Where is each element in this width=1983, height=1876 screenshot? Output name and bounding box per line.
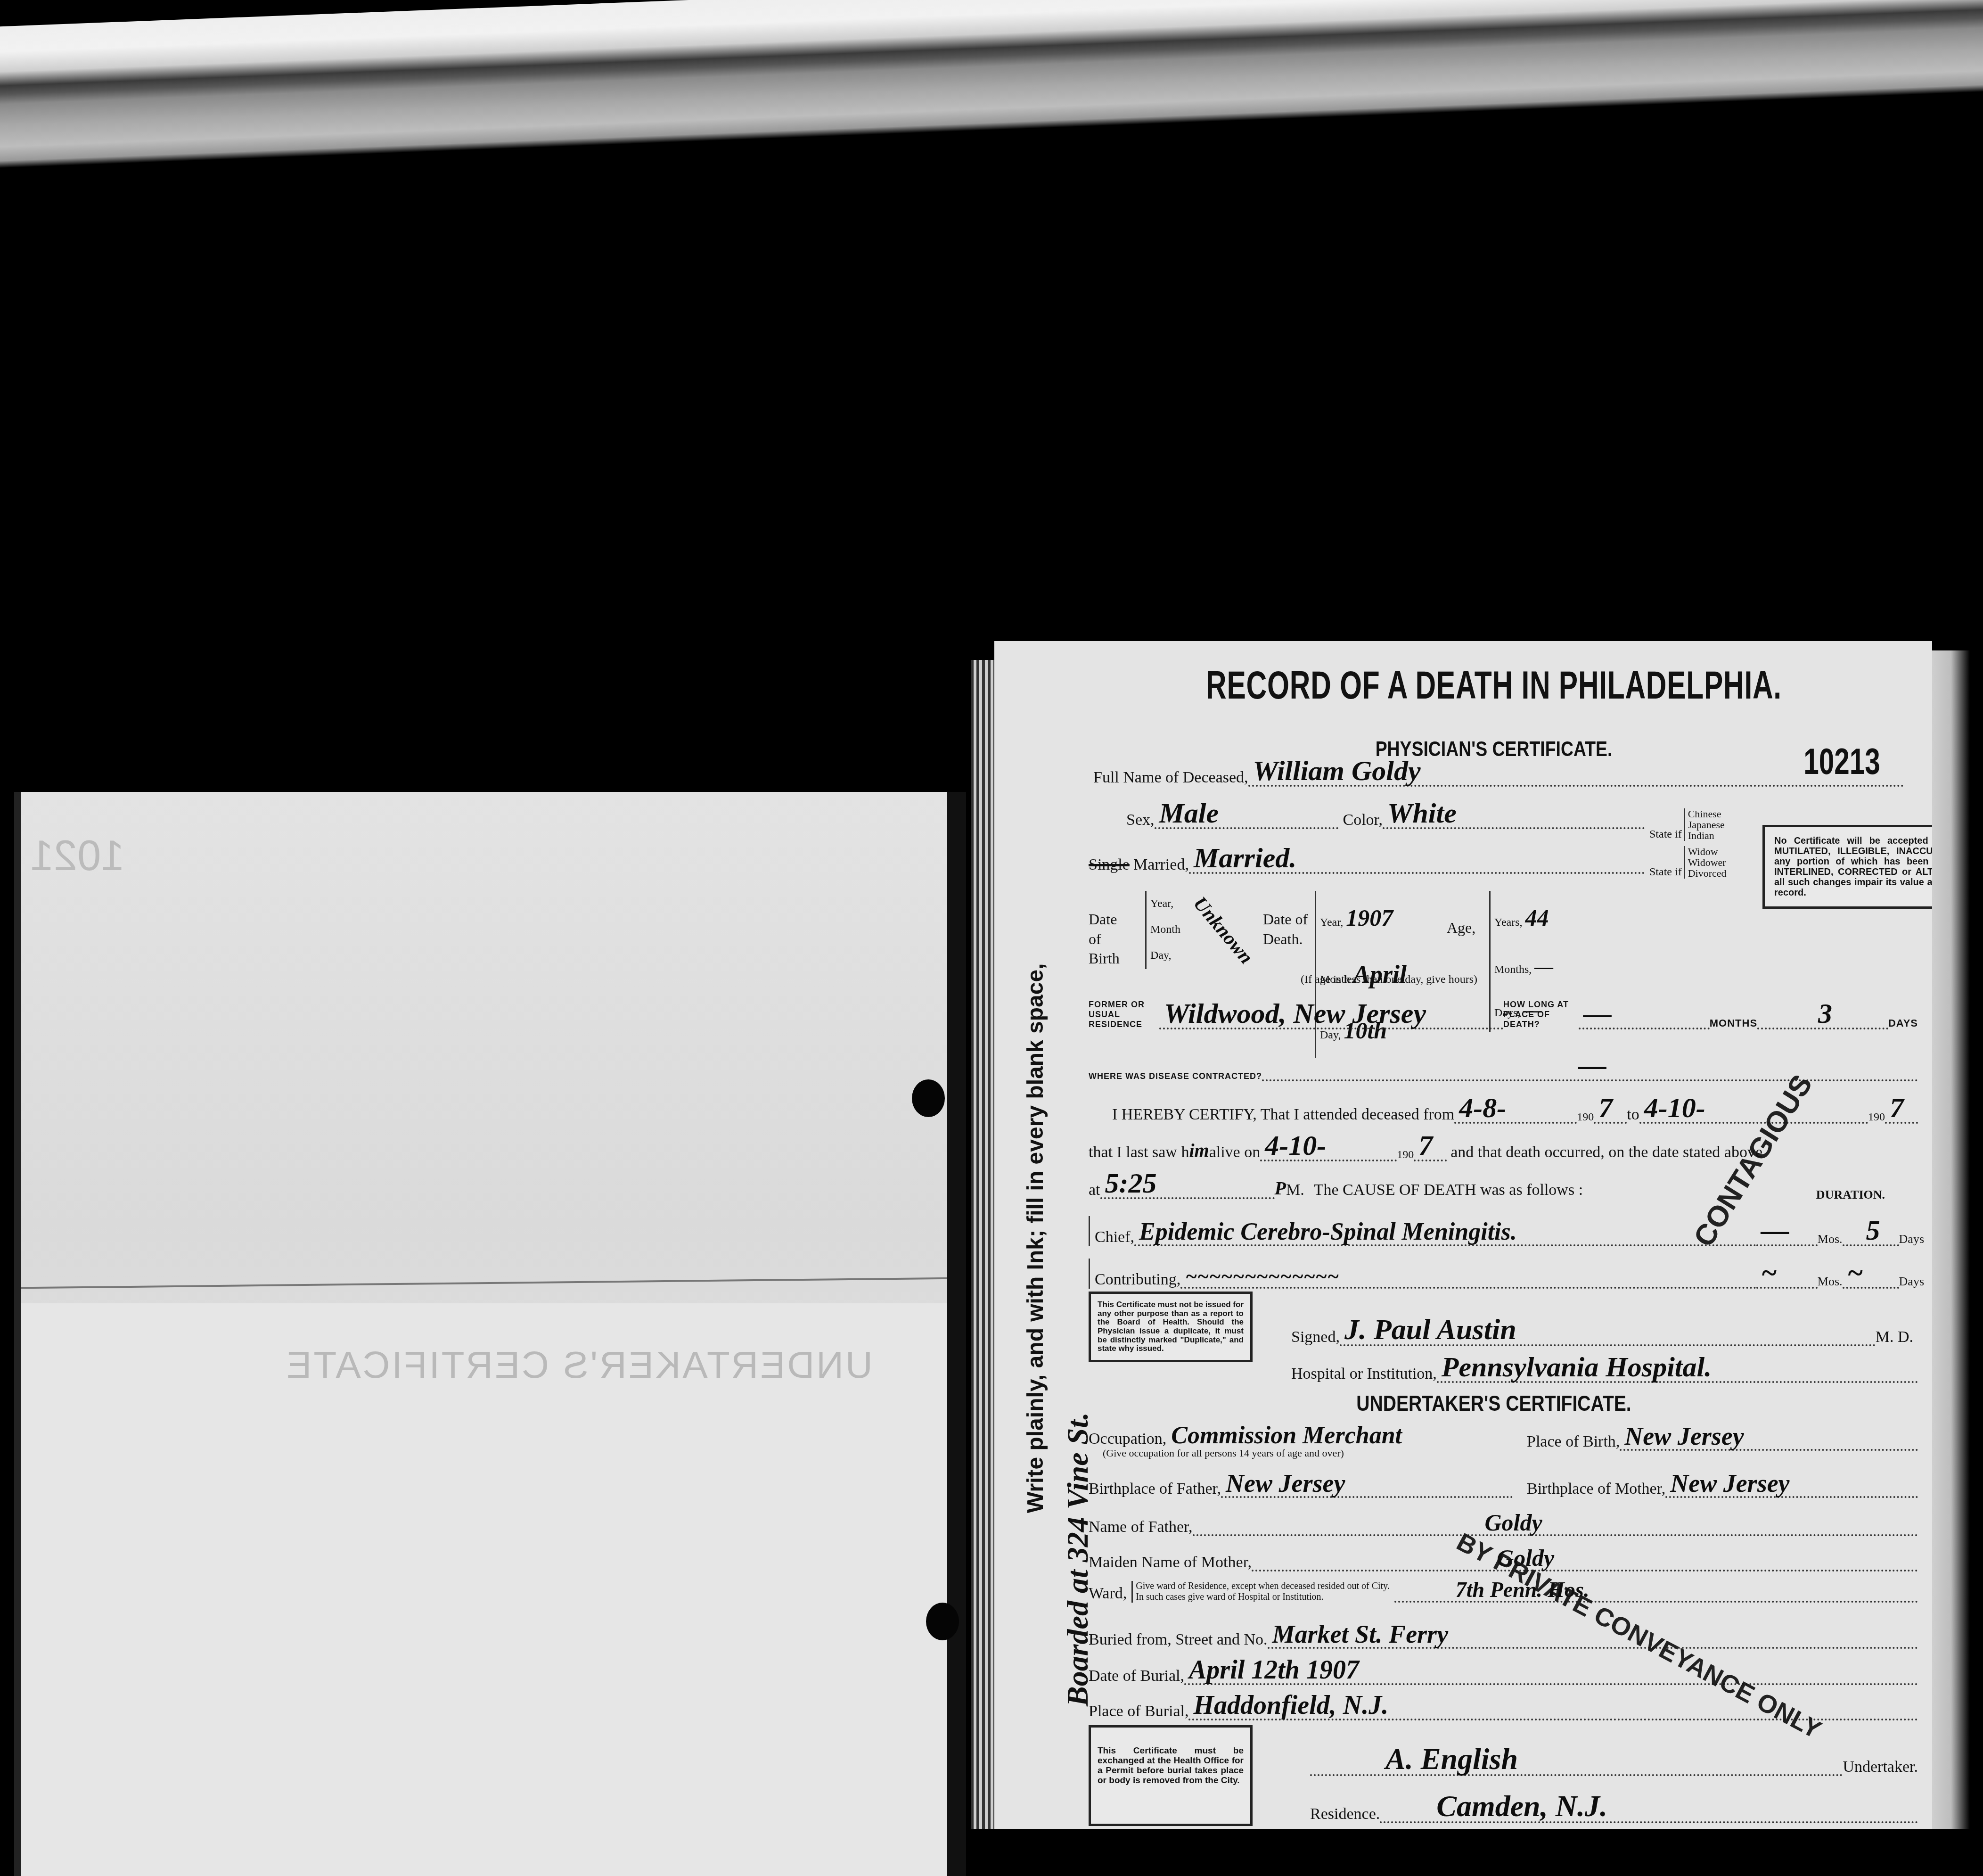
attended-to-year: 7	[1885, 1094, 1918, 1124]
time-of-death: 5:25	[1100, 1169, 1275, 1199]
birth-date-value: Unknown	[1188, 892, 1257, 968]
birth-month-label: Month	[1150, 917, 1180, 943]
notice-physician: This Certificate must not be issued for …	[1089, 1292, 1253, 1362]
notice-text: This Certificate must not be issued for …	[1098, 1300, 1244, 1353]
where-contracted-label: WHERE WAS DISEASE CONTRACTED?	[1089, 1071, 1262, 1081]
age-label: Age,	[1447, 919, 1475, 937]
last-saw-row: that I last saw h im alive on 4-10- 190 …	[1089, 1131, 1918, 1161]
residence-label: FORMER OR USUAL RESIDENCE	[1089, 1000, 1159, 1029]
full-name-row: Full Name of Deceased, William Goldy	[1093, 757, 1904, 787]
date-burial-value: April 12th 1907	[1184, 1657, 1918, 1685]
last-saw-date: 4-10-	[1260, 1131, 1397, 1161]
race-state-if: State if Chinese Japanese Indian	[1649, 808, 1725, 841]
birthplace-mother-row: Birthplace of Mother, New Jersey	[1527, 1471, 1918, 1498]
binder-edge	[947, 792, 966, 1876]
ward-instructions: Give ward of Residence, except when dece…	[1131, 1581, 1390, 1603]
age-years-label: Years,	[1494, 916, 1523, 929]
chief-label: Chief,	[1095, 1228, 1134, 1246]
age-years-value: 44	[1525, 905, 1549, 931]
back-page-lower-flap	[21, 1303, 954, 1876]
name-father-row: Name of Father, Goldy	[1089, 1511, 1918, 1536]
year-prefix: 190	[1577, 1111, 1594, 1124]
chief-duration-days: 5	[1843, 1216, 1899, 1246]
ward-value: 7th Penn. Hos.	[1394, 1579, 1918, 1603]
undertaker-signature: A. English	[1310, 1744, 1843, 1776]
how-long-label: HOW LONG AT PLACE OF DEATH?	[1503, 1000, 1579, 1029]
marital-row: Single Married, Married.	[1089, 844, 1645, 874]
race-option: Japanese	[1688, 819, 1725, 830]
where-contracted-value: —	[1262, 1051, 1918, 1081]
alive-on-label: alive on	[1209, 1144, 1261, 1161]
birthplace-mother-value: New Jersey	[1665, 1471, 1918, 1498]
back-page: 1021 UNDERTAKER'S CERTIFICATE	[14, 792, 954, 1876]
notice-undertaker: This Certificate must be exchanged at th…	[1089, 1725, 1253, 1826]
death-certificate: Write plainly, and with Ink; fill in eve…	[994, 641, 1932, 1876]
bottom-shadow	[971, 1829, 1983, 1876]
date-of-death-label: Date of Death.	[1263, 910, 1310, 949]
at-label: at	[1089, 1181, 1100, 1199]
place-of-birth-label: Place of Birth,	[1527, 1433, 1620, 1451]
single-label-struck: Single	[1089, 856, 1130, 874]
notice-text: This Certificate must be exchanged at th…	[1098, 1746, 1244, 1785]
ward-label: Ward,	[1089, 1585, 1127, 1603]
marital-option: Divorced	[1688, 868, 1727, 879]
date-burial-row: Date of Burial, April 12th 1907	[1089, 1657, 1918, 1685]
ward-row: Ward, Give ward of Residence, except whe…	[1089, 1579, 1918, 1603]
birthplace-father-label: Birthplace of Father,	[1089, 1480, 1221, 1498]
cause-chief-value: Epidemic Cerebro-Spinal Meningitis.	[1134, 1220, 1756, 1246]
contributing-days: ~	[1843, 1259, 1899, 1289]
chief-duration-mos: —	[1756, 1216, 1818, 1246]
punch-hole	[912, 1079, 945, 1117]
days-label: Days	[1899, 1275, 1924, 1289]
hospital-value: Pennsylvania Hospital.	[1437, 1353, 1918, 1383]
state-if-label: State if	[1649, 828, 1682, 841]
attended-to-value: 4-10-	[1639, 1094, 1868, 1124]
undertaker-label: Undertaker.	[1843, 1758, 1918, 1776]
marital-option: Widower	[1688, 857, 1727, 868]
race-options: Chinese Japanese Indian	[1684, 808, 1725, 841]
last-saw-year: 7	[1414, 1131, 1447, 1161]
year-prefix: 190	[1868, 1111, 1885, 1124]
attended-from-value: 4-8-	[1454, 1094, 1577, 1124]
birth-day-label: Day,	[1150, 943, 1180, 969]
maiden-mother-value: Goldy	[1252, 1546, 1918, 1572]
days-label: Days	[1899, 1232, 1924, 1246]
place-of-birth-row: Place of Birth, New Jersey	[1527, 1423, 1918, 1451]
side-instruction: Write plainly, and with Ink; fill in eve…	[1023, 963, 1049, 1513]
attended-from-year: 7	[1594, 1094, 1627, 1124]
death-occurred-label: and that death occurred, on the date sta…	[1450, 1144, 1762, 1161]
color-value: White	[1383, 799, 1645, 829]
occupation-row: Occupation, Commission Merchant	[1089, 1423, 1513, 1448]
full-name-label: Full Name of Deceased,	[1093, 769, 1248, 787]
sex-value: Male	[1155, 799, 1338, 829]
ward-note: Give ward of Residence, except when dece…	[1136, 1581, 1390, 1592]
maiden-mother-label: Maiden Name of Mother,	[1089, 1554, 1252, 1572]
undertaker-sign-row: A. English Undertaker.	[1310, 1744, 1918, 1776]
to-label: to	[1627, 1106, 1639, 1124]
full-name-value: William Goldy	[1248, 757, 1904, 787]
physician-signature: J. Paul Austin	[1340, 1315, 1876, 1346]
how-long-months-value: —	[1579, 999, 1710, 1029]
signed-row: Signed, J. Paul Austin M. D.	[1291, 1315, 1913, 1346]
hospital-label: Hospital or Institution,	[1291, 1365, 1437, 1383]
certify-label: I HEREBY CERTIFY, That I attended deceas…	[1112, 1106, 1454, 1124]
date-burial-label: Date of Burial,	[1089, 1667, 1184, 1685]
birth-year-label: Year,	[1150, 891, 1180, 917]
days-caps-label: DAYS	[1888, 1017, 1918, 1029]
months-caps-label: MONTHS	[1710, 1017, 1757, 1029]
death-day-label: Day,	[1320, 1029, 1341, 1041]
sex-label: Sex,	[1126, 811, 1155, 829]
cause-contributing-value: ~~~~~~~~~~~~~	[1180, 1266, 1756, 1289]
race-option: Chinese	[1688, 808, 1725, 819]
date-of-birth-label: Date of Birth	[1089, 910, 1131, 969]
punch-hole	[926, 1603, 959, 1640]
color-label: Color,	[1343, 811, 1383, 829]
undertaker-section-title: UNDERTAKER'S CERTIFICATE.	[1138, 1391, 1851, 1416]
duration-label: DURATION.	[1816, 1188, 1885, 1202]
contributing-cause-row: Contributing, ~~~~~~~~~~~~~ ~ Mos. ~ Day…	[1089, 1259, 1924, 1289]
signed-label: Signed,	[1291, 1328, 1340, 1346]
buried-from-row: Buried from, Street and No. Market St. F…	[1089, 1621, 1918, 1649]
residence-label: Residence.	[1310, 1805, 1380, 1823]
contributing-mos: ~	[1756, 1259, 1818, 1289]
buried-from-label: Buried from, Street and No.	[1089, 1631, 1268, 1649]
occupation-note: (Give occupation for all persons 14 year…	[1103, 1447, 1344, 1459]
dates-block: Date of Birth Year, Month Day, Unknown D…	[1089, 891, 1748, 971]
age-months-label: Months,	[1494, 963, 1532, 976]
year-prefix: 190	[1397, 1149, 1414, 1161]
md-label: M. D.	[1876, 1328, 1913, 1346]
death-year-value: 1907	[1346, 905, 1393, 931]
am-pm-value: P	[1275, 1177, 1286, 1199]
meridiem-label: M.	[1286, 1181, 1304, 1199]
birth-fields: Year, Month Day,	[1145, 891, 1180, 969]
how-long-days-value: 3	[1757, 999, 1888, 1029]
back-page-ghost-number: 1021	[30, 832, 124, 880]
death-year-label: Year,	[1320, 916, 1343, 929]
back-page-ghost-title: UNDERTAKER'S CERTIFICATE	[285, 1343, 873, 1387]
last-saw-label: that I last saw h	[1089, 1144, 1189, 1161]
sex-color-row: Sex, Male Color, White	[1126, 799, 1645, 829]
mos-label: Mos.	[1818, 1232, 1843, 1246]
place-of-birth-value: New Jersey	[1620, 1423, 1918, 1451]
hospital-row: Hospital or Institution, Pennsylvania Ho…	[1291, 1353, 1918, 1383]
state-if-label: State if	[1649, 866, 1682, 879]
ward-note: In such cases give ward of Hospital or I…	[1136, 1592, 1390, 1603]
marital-options: Widow Widower Divorced	[1684, 846, 1727, 879]
marital-value: Married.	[1189, 844, 1645, 874]
occupation-value: Commission Merchant	[1166, 1423, 1513, 1448]
place-burial-label: Place of Burial,	[1089, 1703, 1188, 1720]
birthplace-father-value: New Jersey	[1221, 1471, 1513, 1498]
undertaker-residence-row: Residence. Camden, N.J.	[1310, 1791, 1918, 1823]
birthplace-mother-label: Birthplace of Mother,	[1527, 1480, 1665, 1498]
mos-label: Mos.	[1818, 1275, 1843, 1289]
fold-line	[21, 1277, 954, 1289]
birthplace-father-row: Birthplace of Father, New Jersey	[1089, 1471, 1513, 1498]
age-months-value: —	[1534, 956, 1553, 977]
contributing-label: Contributing,	[1095, 1271, 1180, 1289]
age-hours-note: (If age is less than one day, give hours…	[1301, 973, 1477, 986]
cause-intro-label: The CAUSE OF DEATH was as follows :	[1314, 1181, 1583, 1199]
residence-row: FORMER OR USUAL RESIDENCE Wildwood, New …	[1089, 999, 1918, 1029]
name-father-value: Goldy	[1193, 1511, 1918, 1536]
name-father-label: Name of Father,	[1089, 1518, 1193, 1536]
marital-option: Widow	[1688, 846, 1727, 857]
married-label: Married,	[1133, 856, 1189, 874]
residence-value: Wildwood, New Jersey	[1159, 999, 1503, 1029]
document-title: RECORD OF A DEATH IN PHILADELPHIA.	[1192, 662, 1796, 708]
time-row: at 5:25 P M. The CAUSE OF DEATH was as f…	[1089, 1169, 1560, 1199]
last-saw-pronoun: im	[1189, 1139, 1209, 1161]
occupation-label: Occupation,	[1089, 1430, 1166, 1448]
scanner-bar	[0, 0, 1983, 170]
chief-cause-row: Chief, Epidemic Cerebro-Spinal Meningiti…	[1089, 1216, 1924, 1246]
race-option: Indian	[1688, 830, 1725, 841]
marital-state-if: State if Widow Widower Divorced	[1649, 846, 1727, 879]
undertaker-residence-value: Camden, N.J.	[1380, 1791, 1918, 1823]
